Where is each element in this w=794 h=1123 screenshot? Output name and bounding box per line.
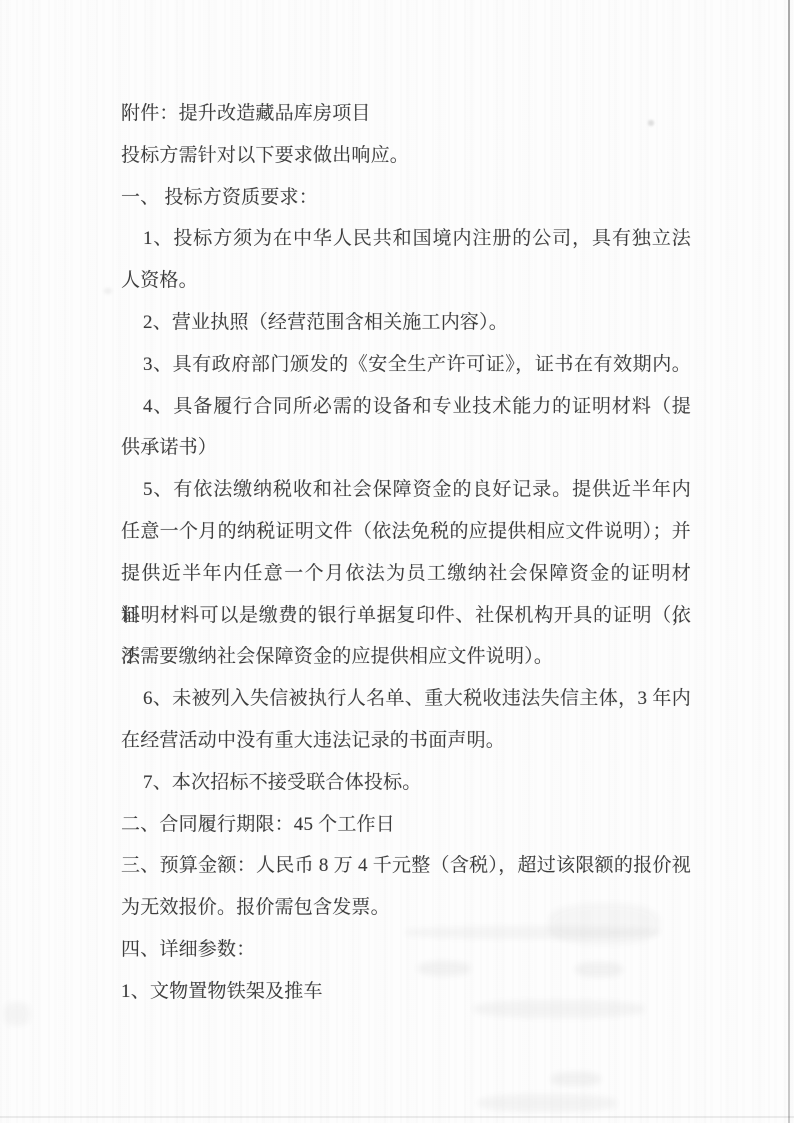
section-4-item-1: 1、文物置物铁架及推车 <box>121 971 691 1013</box>
item-1-line-2: 人资格。 <box>121 260 691 302</box>
item-6-line-1: 6、未被列入失信被执行人名单、重大税收违法失信主体，3 年内 <box>121 678 691 720</box>
scan-artifact-bleedthrough <box>478 1094 616 1112</box>
scan-bottom-edge-line <box>0 1116 794 1118</box>
item-5-line-1: 5、有依法缴纳税收和社会保障资金的良好记录。提供近半年内 <box>121 469 691 511</box>
section-2-contract-period: 二、合同履行期限：45 个工作日 <box>121 804 691 846</box>
document-body: 附件：提升改造藏品库房项目 投标方需针对以下要求做出响应。 一、 投标方资质要求… <box>121 93 691 1013</box>
item-2: 2、营业执照（经营范围含相关施工内容）。 <box>121 302 691 344</box>
item-1-line-1: 1、投标方须为在中华人民共和国境内注册的公司，具有独立法 <box>121 218 691 260</box>
item-6-line-2: 在经营活动中没有重大违法记录的书面声明。 <box>121 720 691 762</box>
item-4-line-2: 供承诺书） <box>121 427 691 469</box>
section-1-heading: 一、 投标方资质要求： <box>121 177 691 219</box>
section-3-budget-line-1: 三、预算金额：人民币 8 万 4 千元整（含税），超过该限额的报价视 <box>121 845 691 887</box>
scanned-document-page: 附件：提升改造藏品库房项目 投标方需针对以下要求做出响应。 一、 投标方资质要求… <box>0 0 794 1123</box>
section-3-budget-line-2: 为无效报价。报价需包含发票。 <box>121 887 691 929</box>
item-3: 3、具有政府部门颁发的《安全生产许可证》，证书在有效期内。 <box>121 344 691 386</box>
item-7: 7、本次招标不接受联合体投标。 <box>121 762 691 804</box>
item-4-line-1: 4、具备履行合同所必需的设备和专业技术能力的证明材料（提 <box>121 386 691 428</box>
item-5-line-2: 任意一个月的纳税证明文件（依法免税的应提供相应文件说明）；并 <box>121 511 691 553</box>
scan-artifact-speck <box>104 288 112 294</box>
response-requirement-note: 投标方需针对以下要求做出响应。 <box>121 135 691 177</box>
item-5-line-3: 提供近半年内任意一个月依法为员工缴纳社会保障资金的证明材料， <box>121 553 691 595</box>
attachment-title: 附件：提升改造藏品库房项目 <box>121 93 691 135</box>
scan-artifact-bleedthrough <box>551 1072 601 1086</box>
scan-artifact-smudge <box>4 1002 30 1026</box>
item-5-line-4: 证明材料可以是缴费的银行单据复印件、社保机构开具的证明（依法 <box>121 595 691 637</box>
section-4-heading: 四、详细参数： <box>121 929 691 971</box>
item-5-line-5: 不需要缴纳社会保障资金的应提供相应文件说明）。 <box>121 636 691 678</box>
scan-right-edge-line <box>788 0 790 1123</box>
